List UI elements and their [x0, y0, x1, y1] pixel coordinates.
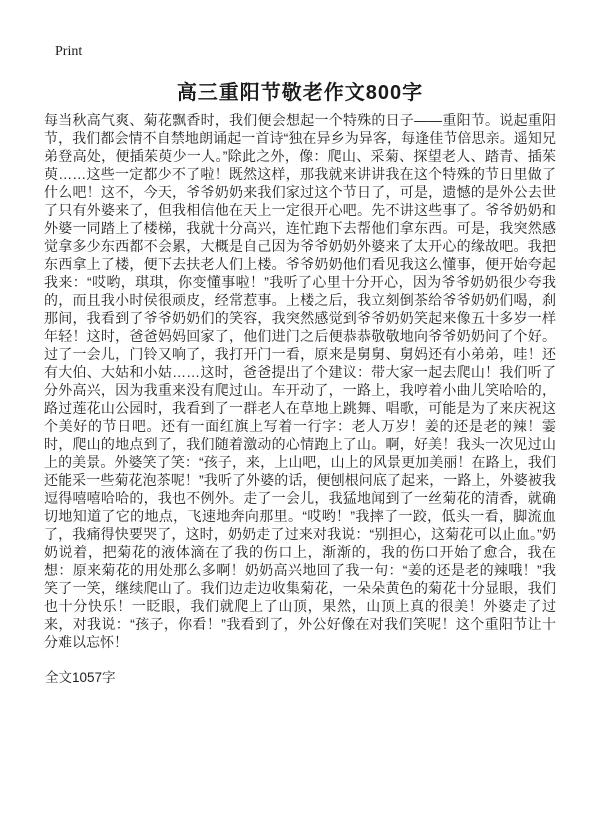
word-count: 全文1057字 — [45, 666, 116, 686]
print-link[interactable]: Print — [55, 44, 82, 60]
essay-body: 每当秋高气爽、菊花飘香时，我们便会想起一个特殊的日子——重阳节。说起重阳节，我们… — [44, 111, 556, 651]
page-title: 高三重阳节敬老作文800字 — [0, 76, 600, 105]
document-page: Print 高三重阳节敬老作文800字 每当秋高气爽、菊花飘香时，我们便会想起一… — [0, 0, 600, 828]
